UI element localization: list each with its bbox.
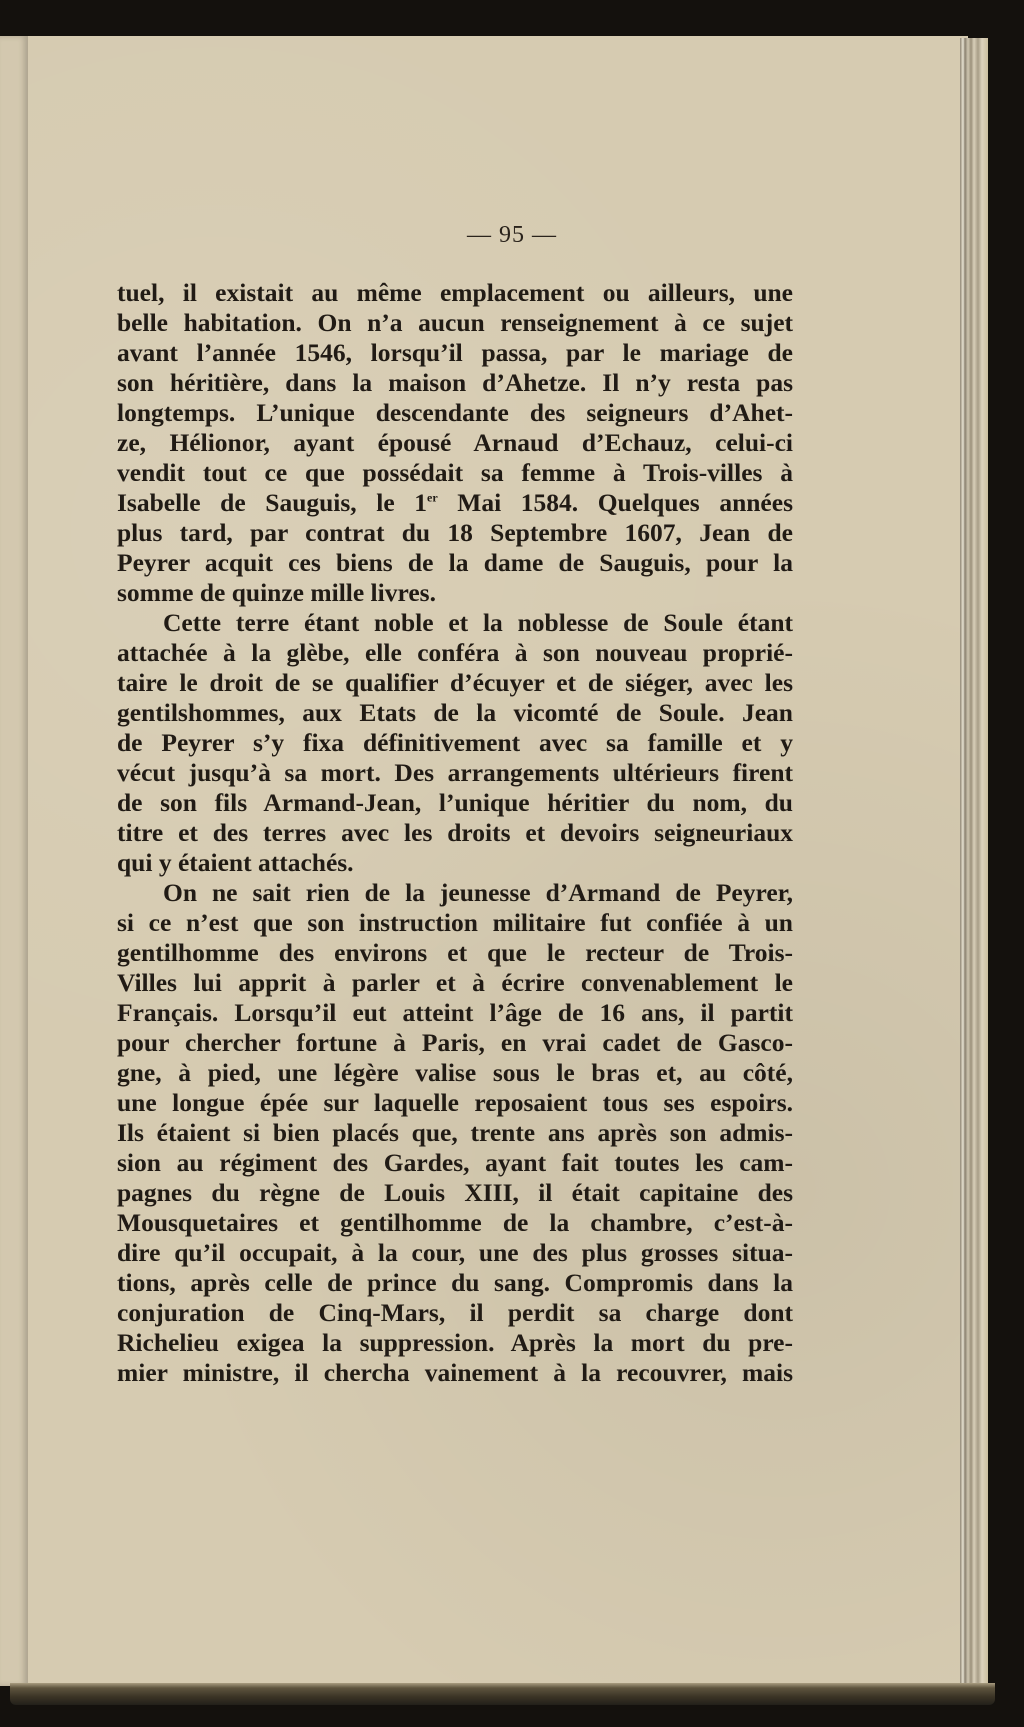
- text-line: Isabelle de Sauguis, le 1er Mai 1584. Qu…: [117, 488, 793, 518]
- text-line: Peyrer acquit ces biens de la dame de Sa…: [117, 548, 793, 578]
- text-line: taire le droit de se qualifier d’écuyer …: [117, 668, 793, 698]
- text-line: On ne sait rien de la jeunesse d’Armand …: [117, 878, 793, 908]
- text-line: Villes lui apprit à parler et à écrire c…: [117, 968, 793, 998]
- text-line: Mousquetaires et gentilhomme de la chamb…: [117, 1208, 793, 1238]
- text-line: une longue épée sur laquelle reposaient …: [117, 1088, 793, 1118]
- text-line: avant l’année 1546, lorsqu’il passa, par…: [117, 338, 793, 368]
- text-line: gentilshommes, aux Etats de la vicomté d…: [117, 698, 793, 728]
- text-line: conjuration de Cinq-Mars, il perdit sa c…: [117, 1298, 793, 1328]
- text-line: attachée à la glèbe, elle conféra à son …: [117, 638, 793, 668]
- text-line: mier ministre, il chercha vainement à la…: [117, 1358, 793, 1388]
- page-stack-edge: [960, 38, 988, 1688]
- facing-page-edge: [0, 36, 29, 1686]
- text-line: Ils étaient si bien placés que, trente a…: [117, 1118, 793, 1148]
- text-line: si ce n’est que son instruction militair…: [117, 908, 793, 938]
- page-number: — 95 —: [0, 222, 1024, 249]
- text-line: belle habitation. On n’a aucun renseigne…: [117, 308, 793, 338]
- text-line: Français. Lorsqu’il eut atteint l’âge de…: [117, 998, 793, 1028]
- text-line: qui y étaient attachés.: [117, 848, 793, 878]
- text-line: vécut jusqu’à sa mort. Des arrangements …: [117, 758, 793, 788]
- text-line: tuel, il existait au même emplacement ou…: [117, 278, 793, 308]
- text-line: titre et des terres avec les droits et d…: [117, 818, 793, 848]
- text-line: vendit tout ce que possédait sa femme à …: [117, 458, 793, 488]
- text-line: pour chercher fortune à Paris, en vrai c…: [117, 1028, 793, 1058]
- text-line: Cette terre étant noble et la noblesse d…: [117, 608, 793, 638]
- text-line: gentilhomme des environs et que le recte…: [117, 938, 793, 968]
- text-line: tions, après celle de prince du sang. Co…: [117, 1268, 793, 1298]
- text-line: de Peyrer s’y fixa définitivement avec s…: [117, 728, 793, 758]
- text-line: plus tard, par contrat du 18 Septembre 1…: [117, 518, 793, 548]
- text-line: longtemps. L’unique descendante des seig…: [117, 398, 793, 428]
- text-line: dire qu’il occupait, à la cour, une des …: [117, 1238, 793, 1268]
- text-line: Richelieu exigea la suppression. Après l…: [117, 1328, 793, 1358]
- text-line: ze, Hélionor, ayant épousé Arnaud d’Echa…: [117, 428, 793, 458]
- body-text: tuel, il existait au même emplacement ou…: [117, 278, 793, 1388]
- text-line: pagnes du règne de Louis XIII, il était …: [117, 1178, 793, 1208]
- text-line: de son fils Armand-Jean, l’unique hériti…: [117, 788, 793, 818]
- text-line: son héritière, dans la maison d’Ahetze. …: [117, 368, 793, 398]
- text-line: sion au régiment des Gardes, ayant fait …: [117, 1148, 793, 1178]
- book-bottom-edge: [10, 1683, 995, 1705]
- text-line: somme de quinze mille livres.: [117, 578, 793, 608]
- text-line: gne, à pied, une légère valise sous le b…: [117, 1058, 793, 1088]
